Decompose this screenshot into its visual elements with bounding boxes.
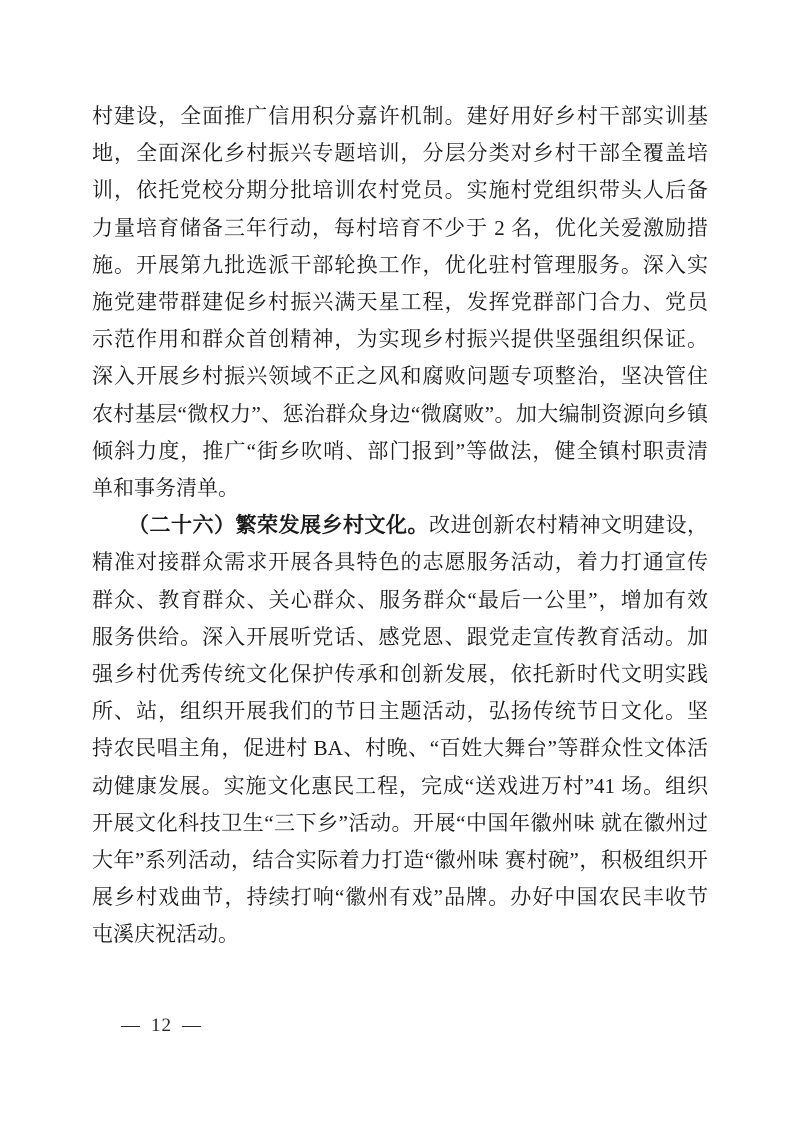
text-line: 精准对接群众需求开展各具特色的志愿服务活动，着力打通宣传 (92, 544, 708, 581)
text-line: 动健康发展。实施文化惠民工程，完成“送戏进万村”41 场。组织 (92, 768, 708, 805)
text-line: 训，依托党校分期分批培训农村党员。实施村党组织带头人后备 (92, 172, 708, 209)
footer-dash-right: — (182, 1015, 202, 1036)
text-line: 地，全面深化乡村振兴专题培训，分层分类对乡村干部全覆盖培 (92, 135, 708, 172)
document-body: 村建设，全面推广信用积分嘉许机制。建好用好乡村干部实训基 地，全面深化乡村振兴专… (92, 98, 708, 954)
page-number: 12 (151, 1015, 172, 1036)
text-line: 持农民唱主角，促进村 BA、村晚、“百姓大舞台”等群众性文体活 (92, 730, 708, 767)
text-line: 深入开展乡村振兴领域不正之风和腐败问题专项整治，坚决管住 (92, 358, 708, 395)
text-line: 倾斜力度，推广“街乡吹哨、部门报到”等做法，健全镇村职责清 (92, 433, 708, 470)
text-line: 施党建带群建促乡村振兴满天星工程，发挥党群部门合力、党员 (92, 284, 708, 321)
paragraph-continuation: 村建设，全面推广信用积分嘉许机制。建好用好乡村干部实训基 地，全面深化乡村振兴专… (92, 98, 708, 507)
document-page: 村建设，全面推广信用积分嘉许机制。建好用好乡村干部实训基 地，全面深化乡村振兴专… (0, 0, 794, 1123)
text-line: 大年”系列活动，结合实际着力打造“徽州味 赛村碗”，积极组织开 (92, 842, 708, 879)
text-line: 群众、教育群众、关心群众、服务群众“最后一公里”，增加有效 (92, 582, 708, 619)
text-line: 强乡村优秀传统文化保护传承和创新发展，依托新时代文明实践 (92, 656, 708, 693)
text-line: 展乡村戏曲节，持续打响“徽州有戏”品牌。办好中国农民丰收节 (92, 879, 708, 916)
text-line: 示范作用和群众首创精神，为实现乡村振兴提供坚强组织保证。 (92, 321, 708, 358)
section-heading-line: （二十六）繁荣发展乡村文化。改进创新农村精神文明建设， (92, 507, 708, 544)
footer-dash-left: — (121, 1015, 141, 1036)
text-line: 开展文化科技卫生“三下乡”活动。开展“中国年徽州味 就在徽州过 (92, 805, 708, 842)
text-line: 农村基层“微权力”、惩治群众身边“微腐败”。加大编制资源向乡镇 (92, 396, 708, 433)
text-line: 服务供给。深入开展听党话、感党恩、跟党走宣传教育活动。加 (92, 619, 708, 656)
section-heading-rest: 改进创新农村精神文明建设， (429, 513, 708, 537)
page-footer: —12— (121, 1014, 202, 1038)
text-line: 力量培育储备三年行动，每村培育不少于 2 名，优化关爱激励措 (92, 210, 708, 247)
text-line: 施。开展第九批选派干部轮换工作，优化驻村管理服务。深入实 (92, 247, 708, 284)
text-line: 单和事务清单。 (92, 470, 708, 507)
text-line: 村建设，全面推广信用积分嘉许机制。建好用好乡村干部实训基 (92, 98, 708, 135)
section-heading: （二十六）繁荣发展乡村文化。 (128, 513, 429, 537)
text-line: 屯溪庆祝活动。 (92, 916, 708, 953)
paragraph-section-26: （二十六）繁荣发展乡村文化。改进创新农村精神文明建设， 精准对接群众需求开展各具… (92, 507, 708, 953)
text-line: 所、站，组织开展我们的节日主题活动，弘扬传统节日文化。坚 (92, 693, 708, 730)
